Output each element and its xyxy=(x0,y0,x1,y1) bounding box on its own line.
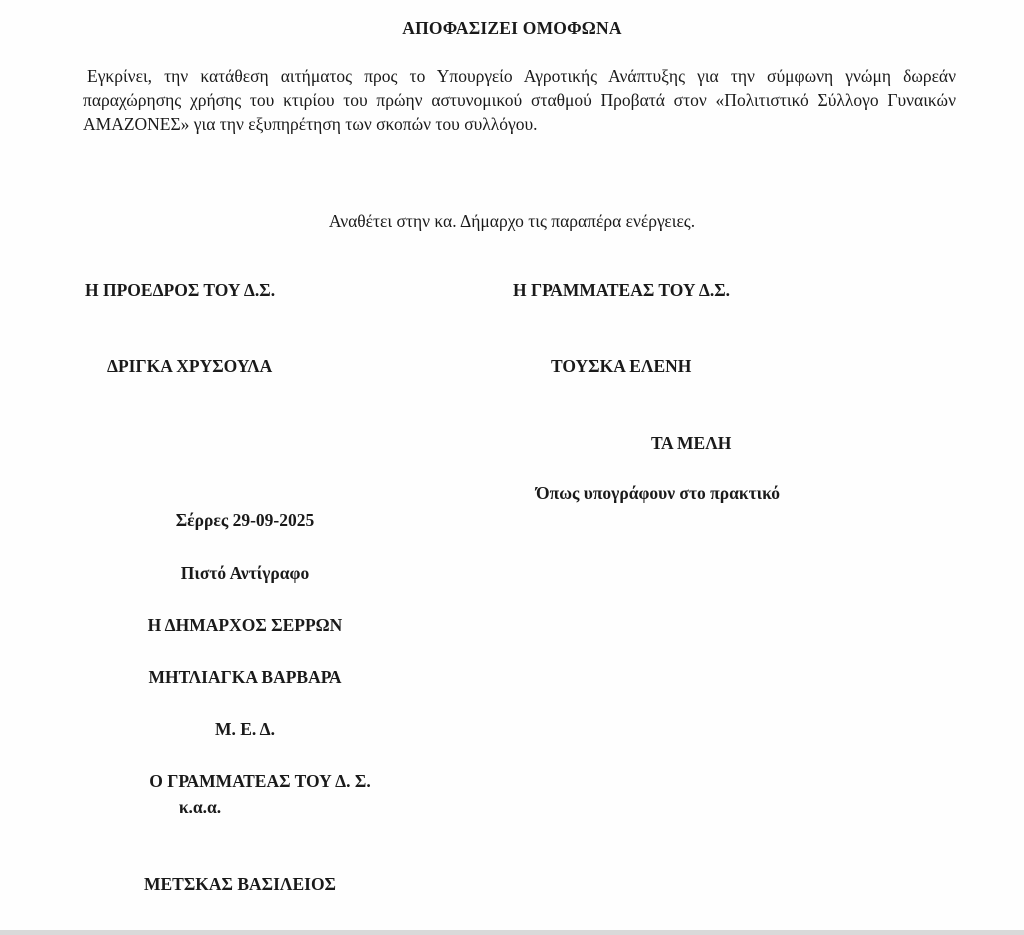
document-page: ΑΠΟΦΑΣΙΖΕΙ ΟΜΟΦΩΝΑ Εγκρίνει, την κατάθεσ… xyxy=(0,0,1024,930)
members-title: ΤΑ ΜΕΛΗ xyxy=(651,433,731,454)
president-title: Η ΠΡΟΕΔΡΟΣ ΤΟΥ Δ.Σ. xyxy=(85,280,275,301)
place-date: Σέρρες 29-09-2025 xyxy=(105,510,385,531)
council-secretary-title: Ο ΓΡΑΜΜΑΤΕΑΣ ΤΟΥ Δ. Σ. xyxy=(95,771,425,792)
decision-body: Εγκρίνει, την κατάθεση αιτήματος προς το… xyxy=(83,64,956,136)
members-note: Όπως υπογράφουν στο πρακτικό xyxy=(536,483,780,504)
mayor-title: Η ΔΗΜΑΡΧΟΣ ΣΕΡΡΩΝ xyxy=(95,615,395,636)
council-secretary-note: κ.α.α. xyxy=(60,797,340,818)
assignment-text: Αναθέτει στην κα. Δήμαρχο τις παραπέρα ε… xyxy=(0,211,1024,232)
med-label: Μ. Ε. Δ. xyxy=(105,719,385,740)
secretary-board-name: ΤΟΥΣΚΑ ΕΛΕΝΗ xyxy=(551,356,691,377)
secretary-board-title: Η ΓΡΑΜΜΑΤΕΑΣ ΤΟΥ Δ.Σ. xyxy=(513,280,730,301)
page-bottom-edge xyxy=(0,930,1024,935)
true-copy-label: Πιστό Αντίγραφο xyxy=(105,563,385,584)
decision-title: ΑΠΟΦΑΣΙΖΕΙ ΟΜΟΦΩΝΑ xyxy=(0,18,1024,39)
mayor-name: ΜΗΤΛΙΑΓΚΑ ΒΑΡΒΑΡΑ xyxy=(95,667,395,688)
council-secretary-name: ΜΕΤΣΚΑΣ ΒΑΣΙΛΕΙΟΣ xyxy=(100,874,380,895)
president-name: ΔΡΙΓΚΑ ΧΡΥΣΟΥΛΑ xyxy=(107,356,272,377)
